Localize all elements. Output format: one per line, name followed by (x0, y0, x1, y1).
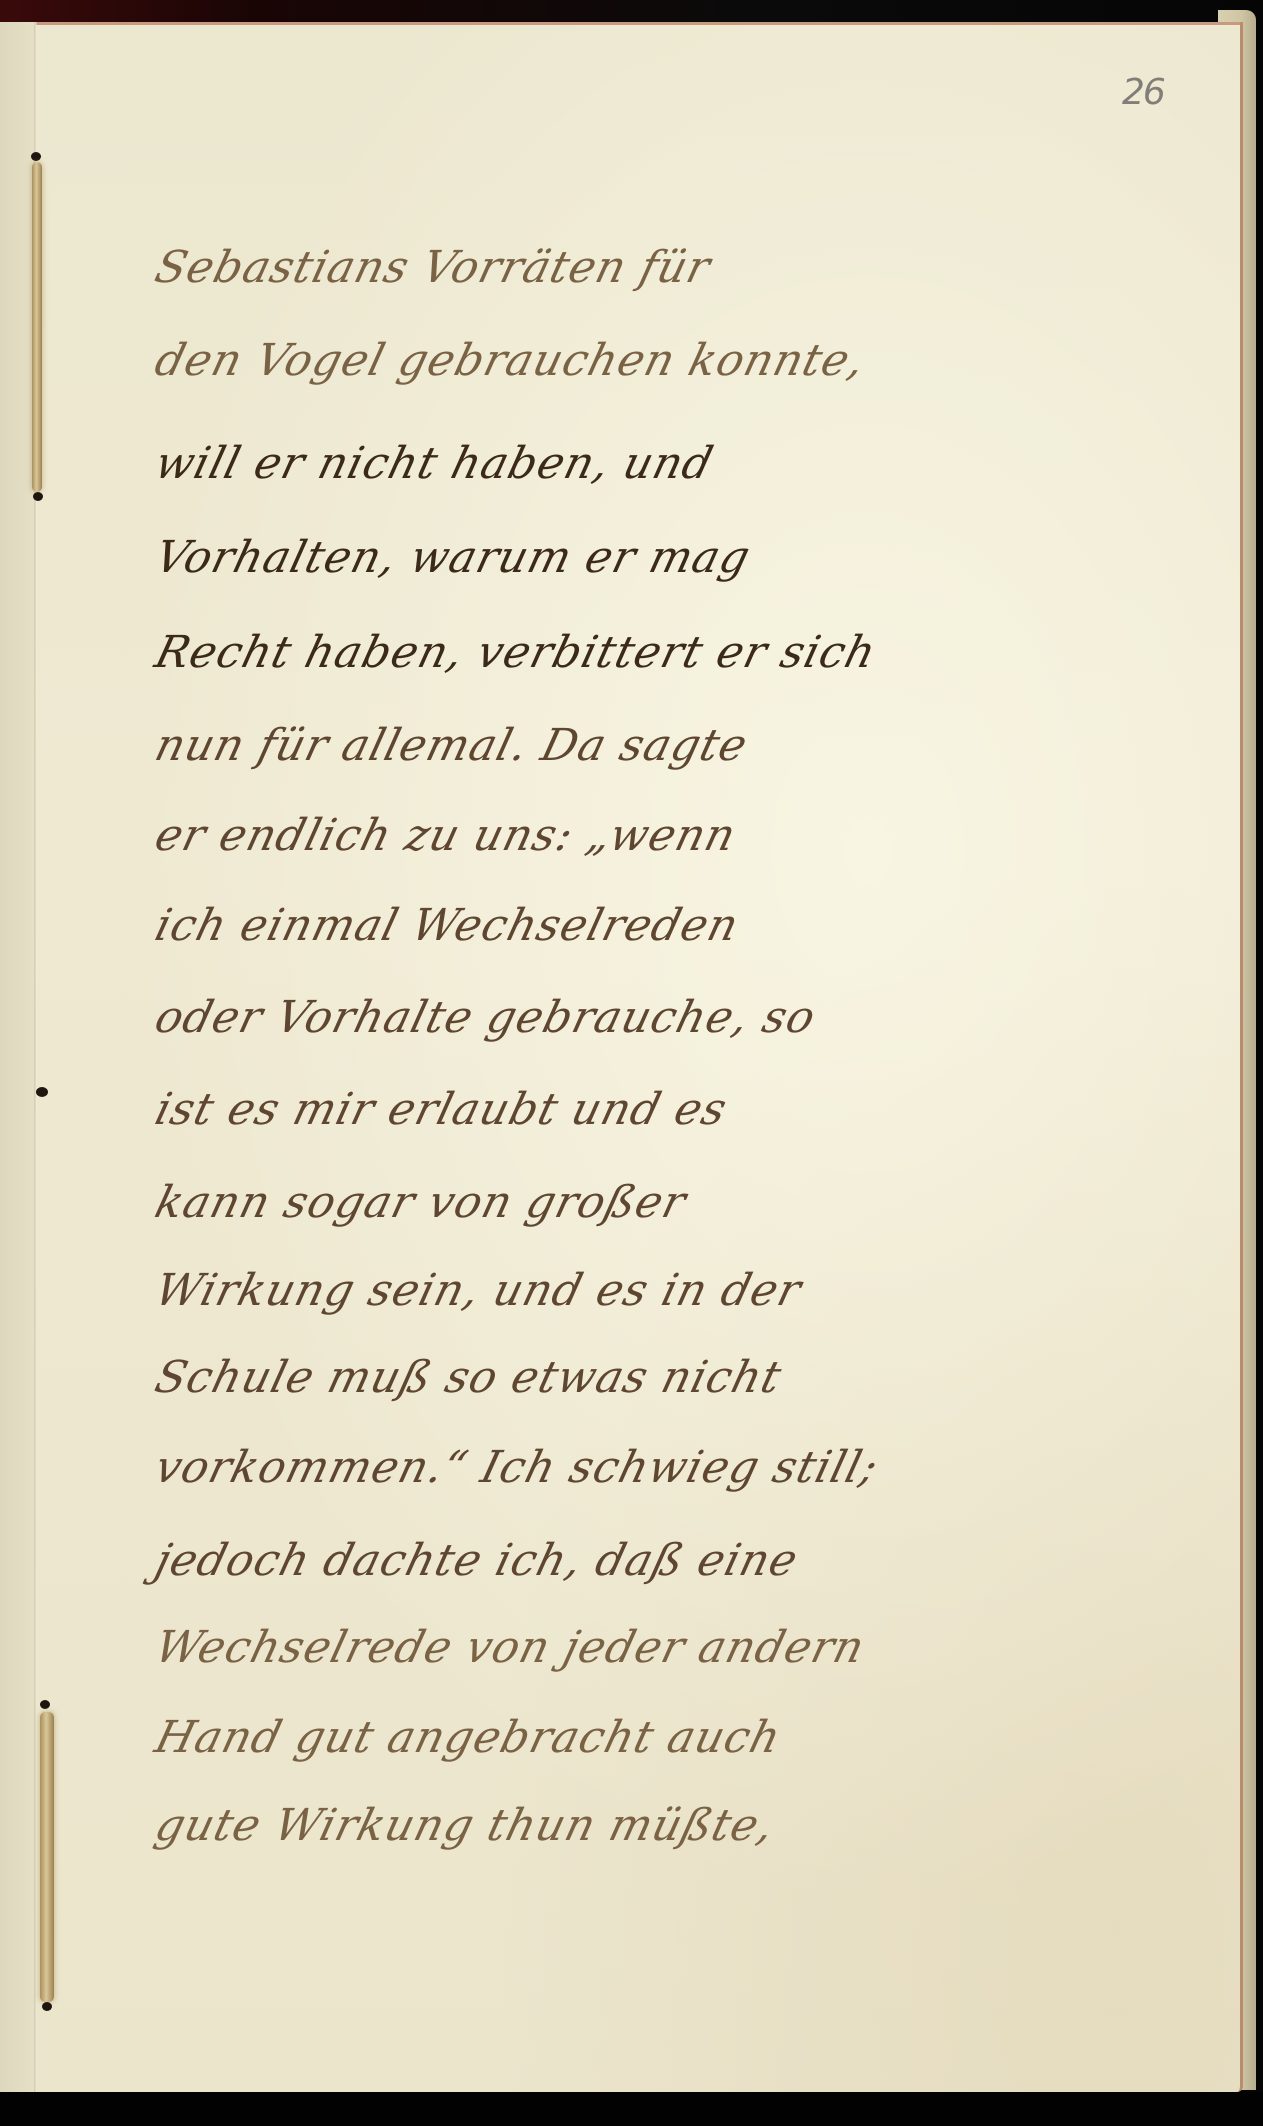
manuscript-line: ich einmal Wechselreden (150, 900, 744, 951)
scan-top-edge (0, 0, 1263, 22)
manuscript-line: Wechselrede von jeder andern (150, 1622, 870, 1673)
manuscript-line: kann sogar von großer (150, 1177, 692, 1228)
manuscript-line: will er nicht haben, und (150, 438, 719, 489)
scan-bottom-edge (0, 2092, 1263, 2126)
manuscript-line: Vorhalten, warum er mag (150, 532, 756, 583)
binding-hole-icon (36, 1087, 48, 1097)
manuscript-line: vorkommen.“ Ich schwieg still; (150, 1442, 884, 1493)
manuscript-line: den Vogel gebrauchen konnte, (150, 335, 871, 386)
binding-hole-icon (42, 2002, 52, 2011)
manuscript-line: Sebastians Vorräten für (150, 242, 716, 293)
manuscript-line: jedoch dachte ich, daß eine (150, 1535, 803, 1586)
page-number: 26 (1122, 72, 1164, 113)
manuscript-line: Schule muß so etwas nicht (150, 1352, 787, 1403)
manuscript-line: Hand gut angebracht auch (150, 1712, 786, 1763)
binding-hole-icon (31, 152, 41, 161)
manuscript-line: ist es mir erlaubt und es (150, 1084, 732, 1135)
manuscript-line: Wirkung sein, und es in der (150, 1265, 807, 1316)
manuscript-line: oder Vorhalte gebrauche, so (150, 992, 821, 1043)
binding-thread-upper (32, 162, 42, 492)
manuscript-line: er endlich zu uns: „wenn (150, 810, 741, 861)
manuscript-line: gute Wirkung thun müßte, (150, 1800, 780, 1851)
binding-hole-icon (40, 1700, 50, 1709)
binding-thread-lower (40, 1712, 54, 2002)
manuscript-page: 26 Sebastians Vorräten für den Vogel geb… (0, 22, 1243, 2092)
manuscript-line: Recht haben, verbittert er sich (150, 627, 882, 678)
manuscript-line: nun für allemal. Da sagte (150, 720, 753, 771)
binding-gutter (0, 22, 36, 2092)
binding-hole-icon (33, 492, 43, 501)
